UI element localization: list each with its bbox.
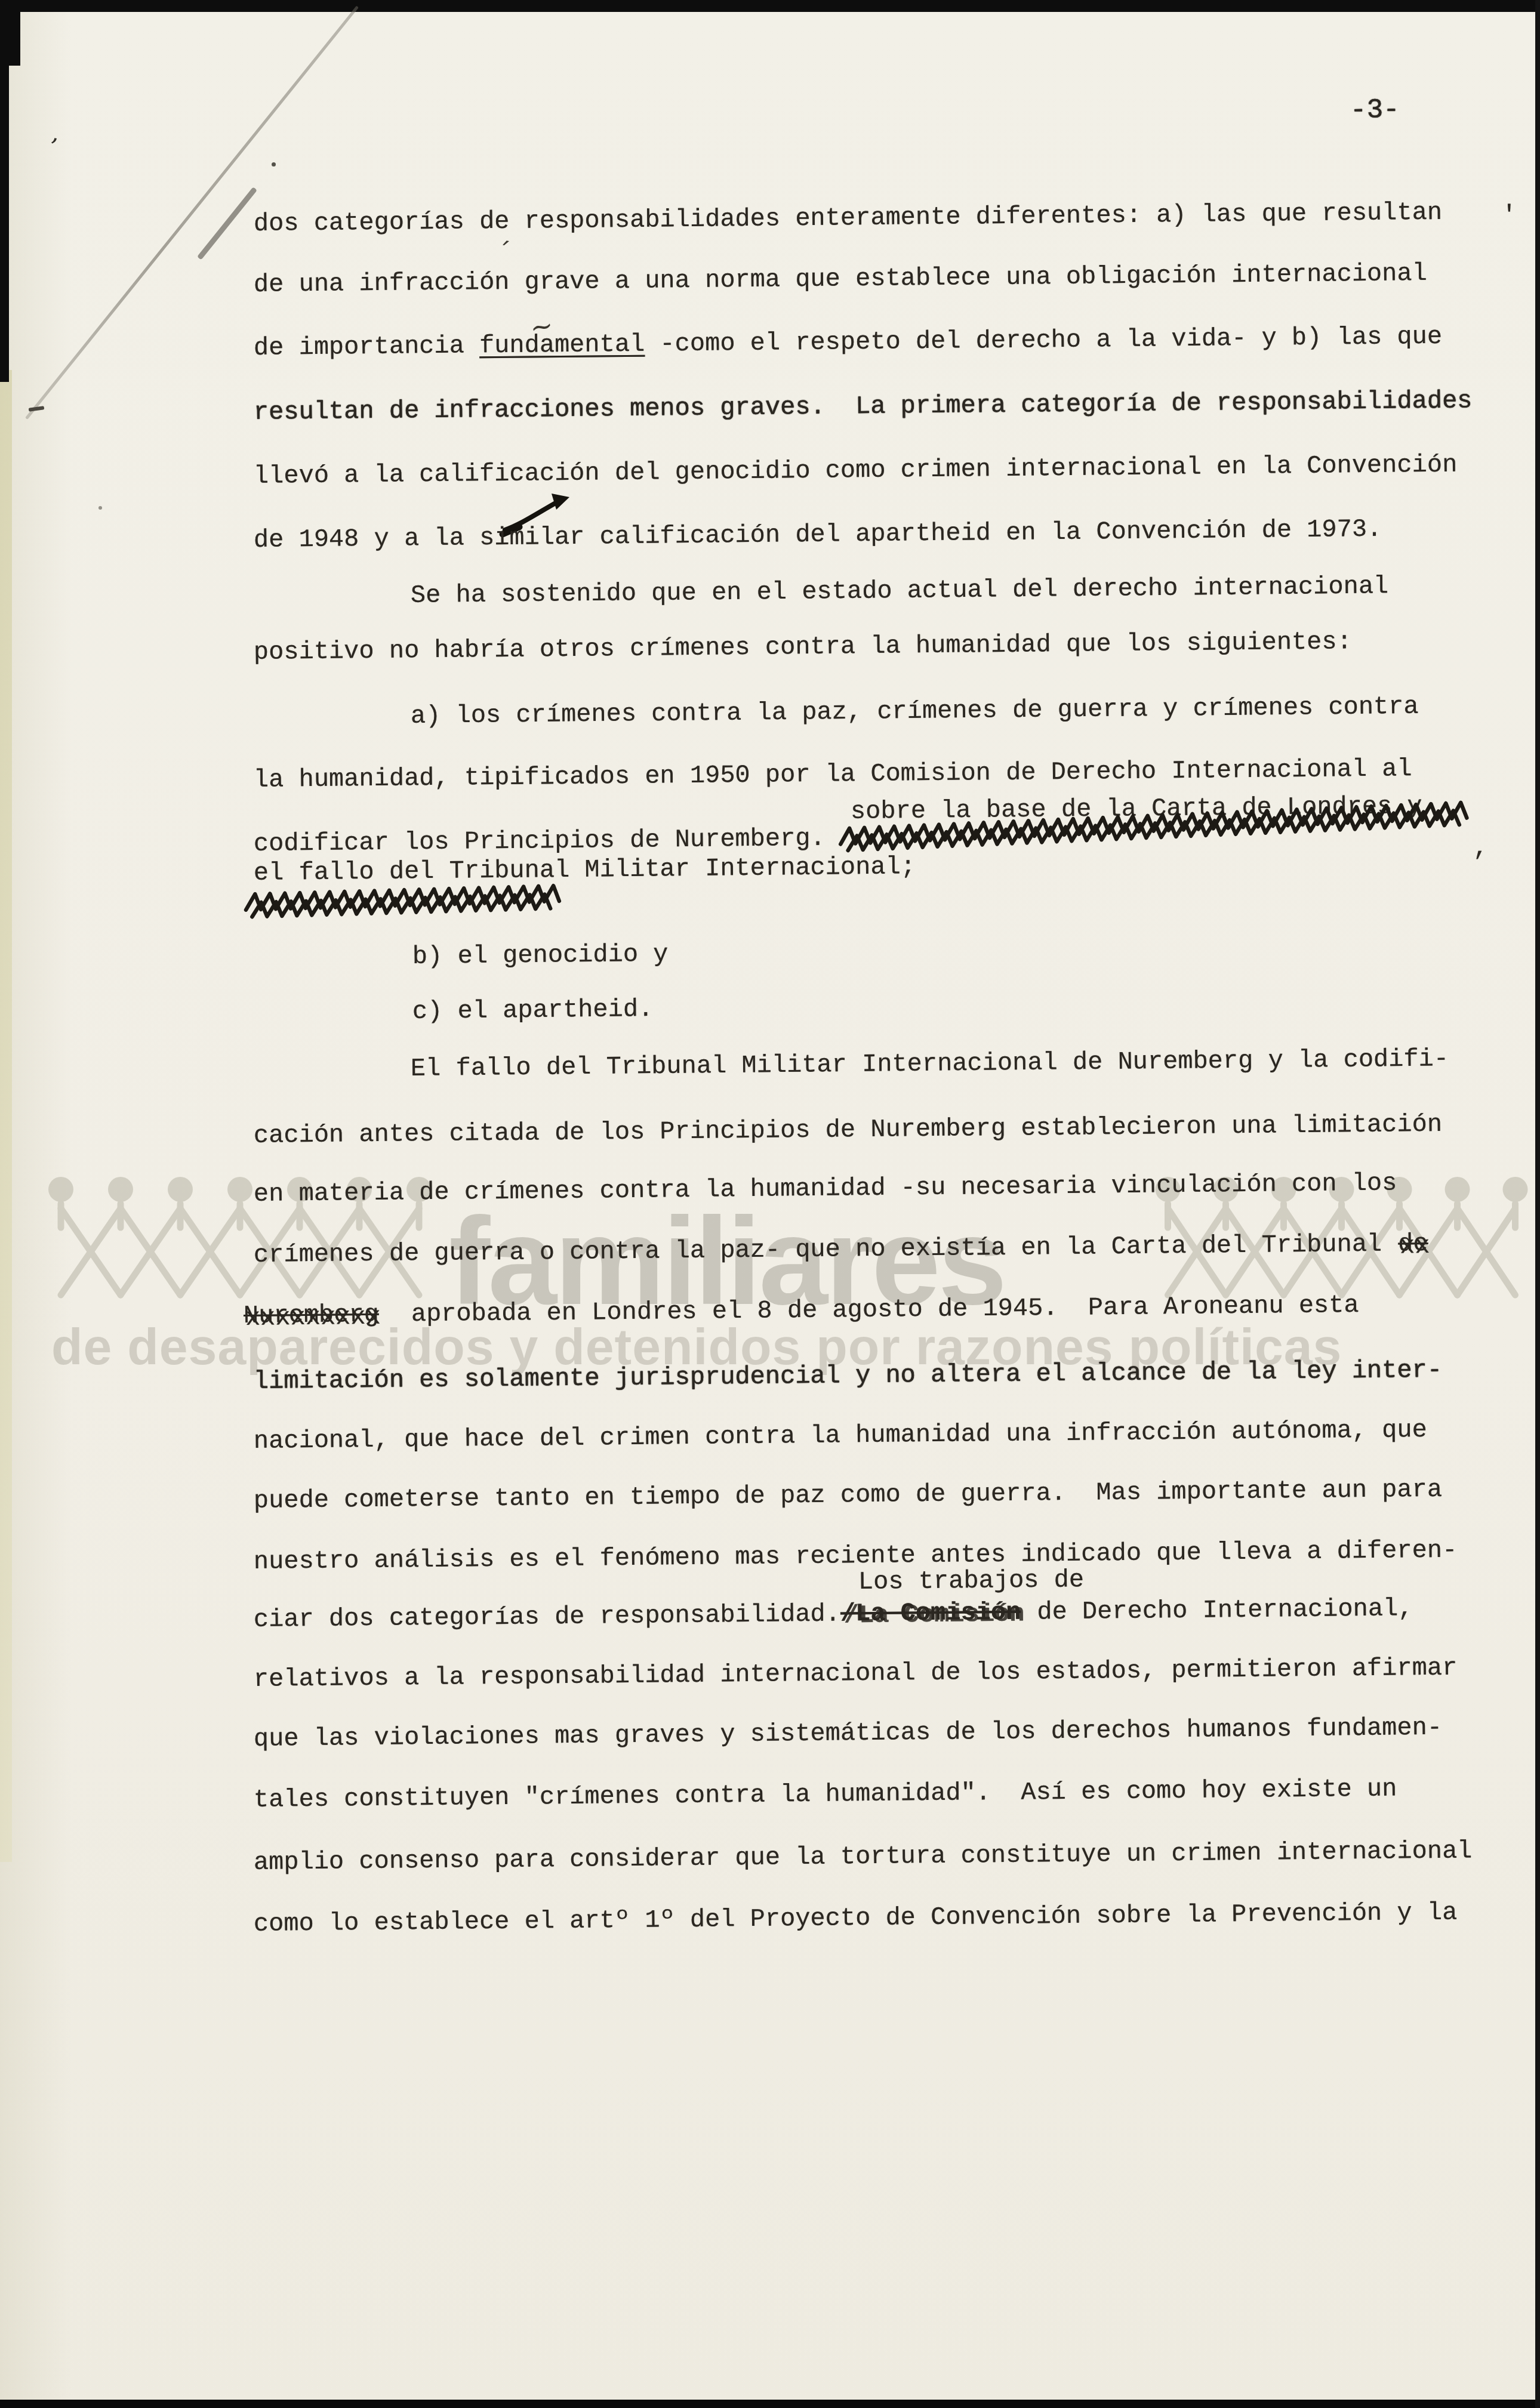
ink-dot (272, 162, 276, 167)
line-segment: -como el respeto del derecho a la vida- … (645, 322, 1442, 359)
handwritten-tilde: ~ (528, 309, 556, 344)
overtyped-word: dexx (1398, 1230, 1428, 1258)
typed-line: codificar los Principios de Nuremberg. (254, 825, 826, 858)
ink-dot (98, 506, 102, 510)
typed-line: llevó a la calificación del genocidio co… (254, 451, 1458, 491)
paper-crease-dark-segment (197, 187, 257, 260)
typed-line: de 1948 y a la similar calificación del … (254, 516, 1382, 554)
typed-line: puede cometerse tanto en tiempo de paz c… (254, 1476, 1442, 1515)
typed-line: amplio consenso para considerar que la t… (254, 1837, 1473, 1876)
typed-line: de una infracción grave a una norma que … (254, 260, 1427, 298)
scan-edge-corner (0, 0, 20, 66)
scan-edge-bottom (0, 2400, 1540, 2408)
typed-line: c) el apartheid. (412, 995, 654, 1025)
line-segment: ciar dos categorías de responsabilidad. (254, 1600, 840, 1634)
scan-edge-right (1535, 0, 1540, 2408)
typed-line: dos categorías de responsabilidades ente… (254, 199, 1442, 238)
overtype-double: /La Comisión (844, 1601, 1025, 1630)
overtype-x: xxxxxxxxx (245, 1303, 381, 1332)
typed-line: nuestro análisis es el fenómeno mas reci… (254, 1537, 1458, 1576)
typed-line: a) los crímenes contra la paz, crímenes … (411, 693, 1419, 730)
typed-line: b) el genocidio y (412, 941, 669, 970)
overtyped-struck-phrase: /La Comisión/La Comisión (840, 1599, 1021, 1628)
typed-line: como lo establece el artº 1º del Proyect… (254, 1899, 1458, 1938)
page-number: -3- (1350, 95, 1400, 125)
scanned-typewritten-page: , familiares de desaparecidos y detenido… (0, 0, 1540, 2408)
underlined-word: fundamental (479, 330, 645, 360)
typed-line: de importancia fundamental -como el resp… (254, 323, 1442, 362)
line-segment: de importancia (254, 331, 480, 362)
typed-line: tales constituyen "crímenes contra la hu… (254, 1775, 1397, 1814)
overtype-x: xx (1400, 1232, 1430, 1260)
typed-comma: , (1473, 834, 1489, 862)
ink-scribble-strikethrough (245, 883, 572, 930)
typed-line: la humanidad, tipificados en 1950 por la… (254, 755, 1412, 794)
typed-line: que las violaciones mas graves y sistemá… (254, 1714, 1442, 1753)
typed-line: cación antes citada de los Principios de… (254, 1111, 1442, 1149)
typed-insertion-line: Los trabajos de (858, 1566, 1084, 1596)
typed-line: positivo no habría otros crímenes contra… (254, 628, 1352, 666)
stray-pen-accent: ˊ (495, 237, 512, 269)
typed-line: relativos a la responsabilidad internaci… (254, 1654, 1458, 1694)
typed-line: el fallo del Tribunal Militar Internacio… (254, 853, 916, 887)
overtyped-word: Nurembergxxxxxxxxx (244, 1301, 379, 1330)
page-left-edge-strip (0, 370, 12, 1862)
line-segment: de Derecho Internacional, (1037, 1594, 1413, 1626)
scan-edge-top (0, 0, 1540, 12)
typed-line: ciar dos categorías de responsabilidad./… (254, 1595, 1413, 1633)
pencil-dash (29, 406, 45, 412)
typed-line: El fallo del Tribunal Militar Internacio… (411, 1045, 1449, 1083)
pen-mark: , (50, 119, 63, 147)
typed-apostrophe: ' (1502, 202, 1517, 229)
typed-line: Se ha sostenido que en el estado actual … (411, 572, 1389, 609)
typed-line: nacional, que hace del crimen contra la … (254, 1416, 1427, 1455)
typed-line: resultan de infracciones menos graves. L… (254, 387, 1473, 426)
